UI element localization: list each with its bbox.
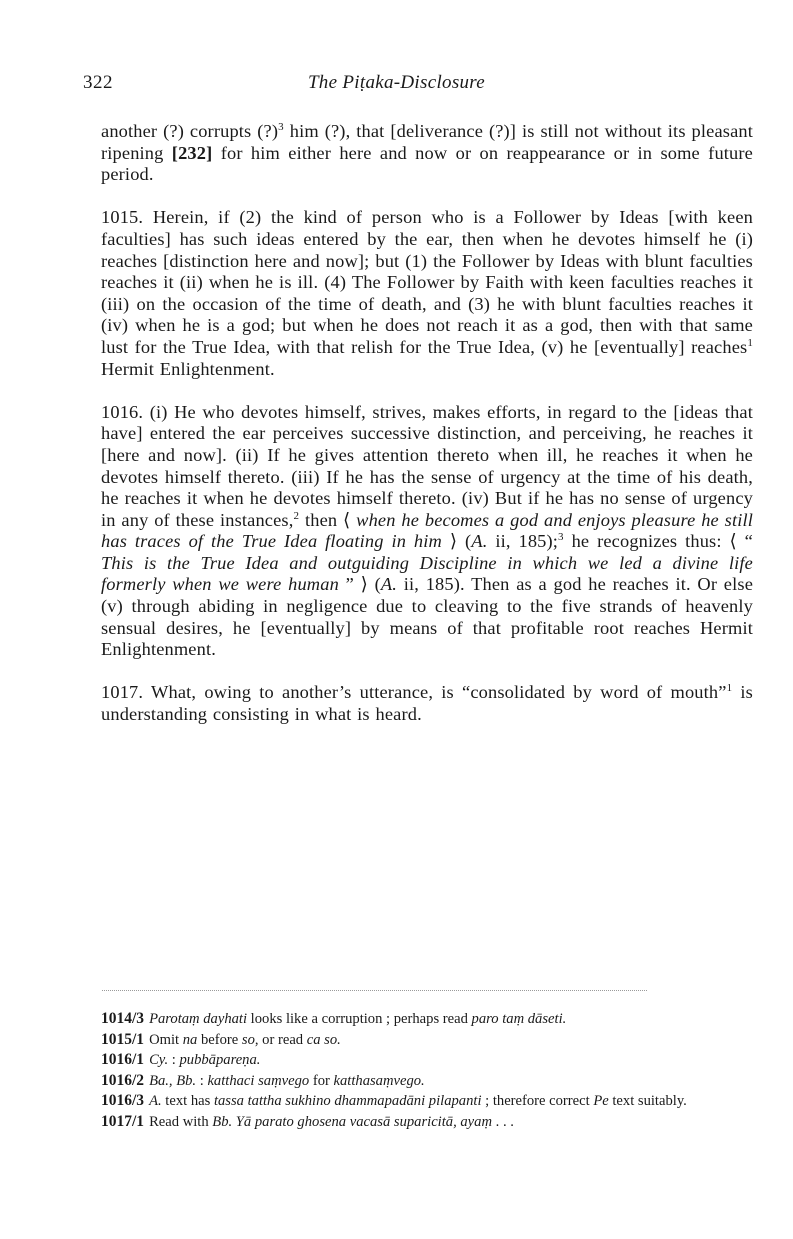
footnote-italic-text: so — [242, 1032, 255, 1048]
footnote-italic-text: Cy. — [149, 1052, 168, 1068]
text: 1015. Herein, if (2) the kind of person … — [101, 207, 753, 357]
footnote-italic-text: paro taṃ dāseti. — [472, 1011, 567, 1027]
footnote: 1015/1Omit na before so, or read ca so. — [101, 1030, 711, 1051]
footnote-italic-text: Pe — [593, 1093, 608, 1109]
body-text: another (?) corrupts (?)3 him (?), that … — [101, 121, 753, 726]
text: another (?) corrupts (?) — [101, 121, 278, 141]
paragraph-1015: 1015. Herein, if (2) the kind of person … — [101, 207, 753, 380]
footnote-ref: 1017/1 — [101, 1113, 144, 1130]
footnote-italic-text: katthaci saṃvego — [207, 1073, 309, 1089]
footnote-text: before — [197, 1032, 242, 1048]
footnote: 1017/1Read with Bb. Yā parato ghosena va… — [101, 1112, 711, 1133]
footnotes: 1014/3Parotaṃ dayhati looks like a corru… — [101, 1009, 711, 1133]
running-head: The Piṭaka-Disclosure — [0, 72, 793, 94]
footnote-italic-text: Ba., Bb. — [149, 1073, 196, 1089]
footnote-italic-text: tassa tattha sukhino dhammapadāni pilapa… — [214, 1093, 482, 1109]
footnote-ref: 1015/1 — [101, 1031, 144, 1048]
citation-source: A. — [471, 531, 487, 551]
footnote: 1016/3A. text has tassa tattha sukhino d… — [101, 1091, 711, 1112]
page-reference: [232] — [172, 143, 213, 163]
footnote-text: Omit — [149, 1032, 183, 1048]
footnote-italic-text: A. — [149, 1093, 162, 1109]
footnote: 1016/1Cy. : pubbāpareṇa. — [101, 1050, 711, 1071]
footnote-text: for — [309, 1073, 333, 1089]
footnote-italic-text: pubbāpareṇa. — [179, 1052, 260, 1068]
paragraph-1016: 1016. (i) He who devotes himself, strive… — [101, 402, 753, 661]
footnote-italic-text: ca so. — [307, 1032, 341, 1048]
footnote-italic-text: katthasaṃvego. — [334, 1073, 425, 1089]
footnote-text: ; therefore correct — [482, 1093, 594, 1109]
footnote-ref: 1016/2 — [101, 1072, 144, 1089]
footnote-italic-text: na — [183, 1032, 198, 1048]
text: then ⟨ — [299, 510, 356, 530]
footnote-ref: 1016/1 — [101, 1051, 144, 1068]
footnote-text: Read with — [149, 1114, 212, 1130]
citation-source: A. — [381, 574, 397, 594]
text: ” ⟩ ( — [339, 574, 381, 594]
paragraph-1017: 1017. What, owing to another’s utterance… — [101, 682, 753, 725]
footnote-text: , or read — [255, 1032, 307, 1048]
footnote-text: . . . — [492, 1114, 514, 1130]
paragraph-continued: another (?) corrupts (?)3 him (?), that … — [101, 121, 753, 186]
footnote-text: : — [196, 1073, 207, 1089]
text: Hermit Enlightenment. — [101, 359, 275, 379]
text: ⟩ ( — [442, 531, 471, 551]
text: ii, 185); — [487, 531, 558, 551]
footnote-marker: 1 — [747, 337, 753, 349]
footnote-text: text suitably. — [609, 1093, 687, 1109]
footnote-separator — [102, 990, 647, 991]
footnote: 1016/2Ba., Bb. : katthaci saṃvego for ka… — [101, 1071, 711, 1092]
footnote-italic-text: Parotaṃ dayhati — [149, 1011, 247, 1027]
text: 1017. What, owing to another’s utterance… — [101, 682, 727, 702]
footnote-text: looks like a corruption ; perhaps read — [247, 1011, 472, 1027]
footnote-text: : — [168, 1052, 179, 1068]
footnote-ref: 1016/3 — [101, 1092, 144, 1109]
footnote-text: text has — [162, 1093, 214, 1109]
footnote-ref: 1014/3 — [101, 1010, 144, 1027]
text: he recognizes thus: ⟨ “ — [564, 531, 753, 551]
footnote: 1014/3Parotaṃ dayhati looks like a corru… — [101, 1009, 711, 1030]
footnote-italic-text: Bb. Yā parato ghosena vacasā suparicitā,… — [212, 1114, 492, 1130]
